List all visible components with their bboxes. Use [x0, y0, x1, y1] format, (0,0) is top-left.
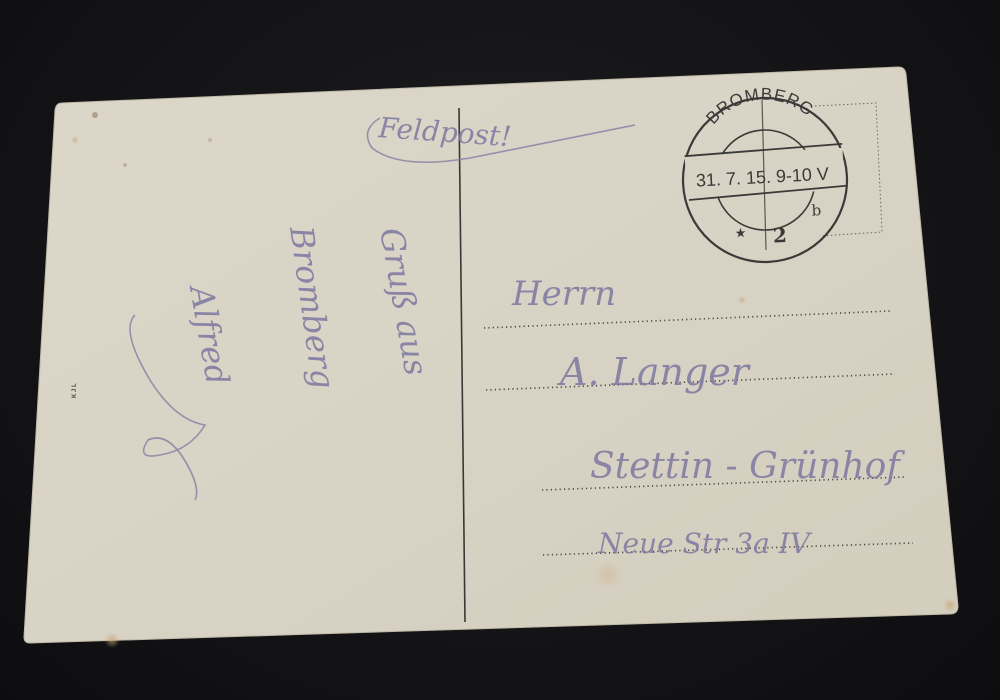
postmark-letter: b: [811, 201, 822, 219]
printer-mark: K J L: [72, 383, 78, 398]
photo-scene: BROMBERG 31. 7. 15. 9-10 V ★ 2 b Feldpos…: [0, 0, 1000, 700]
address-city: Stettin - Grünhof: [590, 446, 905, 487]
address-salutation: Herrn: [511, 274, 616, 314]
postcard: BROMBERG 31. 7. 15. 9-10 V ★ 2 b Feldpos…: [0, 0, 1000, 700]
address-name: A. Langer: [557, 350, 752, 394]
postmark-number: 2: [772, 223, 787, 248]
address-street: Neue Str 3a IV: [597, 527, 813, 560]
postmark-star: ★: [734, 225, 746, 241]
